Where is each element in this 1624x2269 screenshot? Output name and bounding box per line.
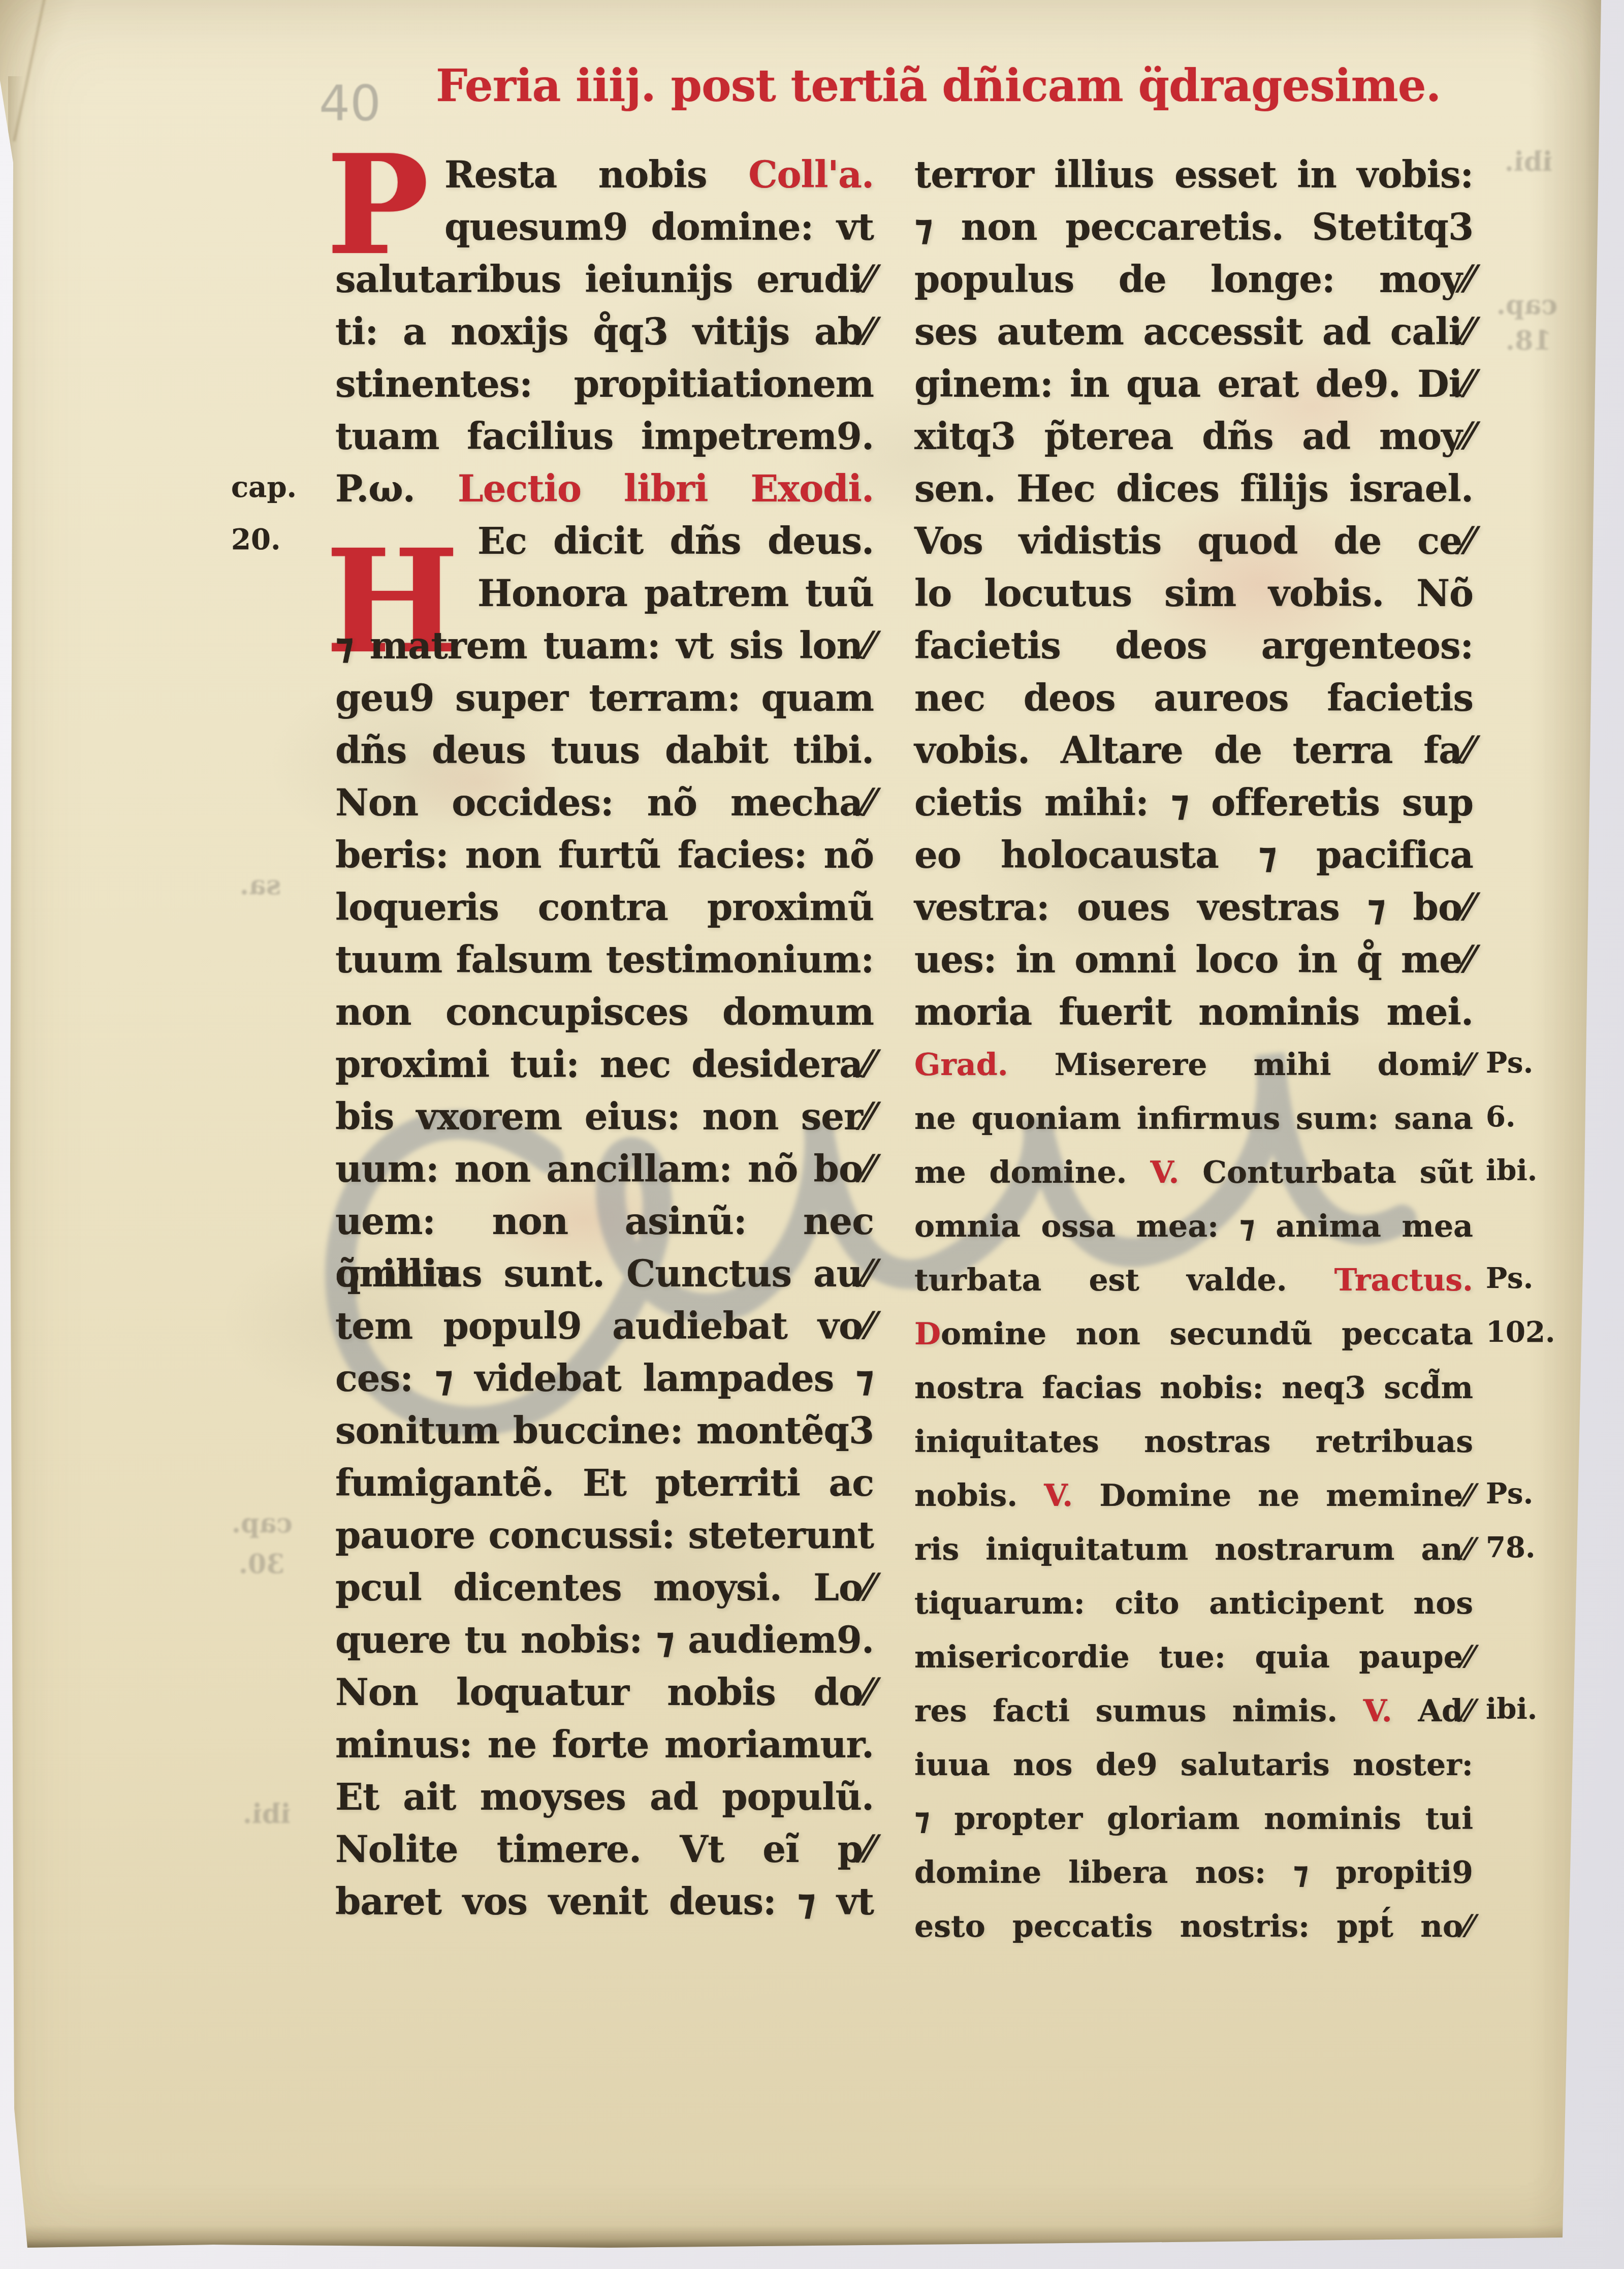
text-line: ginem: in qua erat de9. Di⁄⁄ (914, 358, 1473, 410)
body-text: cietis mihi: ⁊ offeretis sup (914, 781, 1473, 824)
body-text: Resta nobis (444, 153, 748, 196)
text-line: facietis deos argenteos: (914, 619, 1473, 672)
text-line: Resta nobis Coll'a. (335, 148, 874, 201)
showthrough-mark: cap. (232, 1508, 293, 1539)
body-text: proximi tui: nec desidera⁄⁄ (335, 1043, 874, 1086)
text-line: omnia ossa mea: ⁊ anima mea (914, 1200, 1473, 1253)
margin-note: Ps. (1486, 1477, 1533, 1510)
body-text: tuum falsum testimonium: (335, 938, 874, 981)
text-line: iuua nos de9 salutaris noster: (914, 1738, 1473, 1792)
rubric-text: Lectio libri Exodi. (458, 467, 874, 510)
body-text: me domine. (914, 1155, 1150, 1190)
text-line: Non loquatur nobis do⁄⁄ (335, 1666, 874, 1718)
text-line: stinentes: propitiationem (335, 358, 874, 410)
body-text: Ec dicit dñs deus. (477, 519, 874, 562)
margin-note: 78. (1486, 1531, 1535, 1564)
text-line: misericordie tue: quia paupe⁄⁄ (914, 1630, 1473, 1684)
text-line: lo locutus sim vobis. Nõ (914, 567, 1473, 619)
body-text: res facti sumus nimis. (914, 1693, 1363, 1729)
text-line: ⁊ propter gloriam nominis tui (914, 1792, 1473, 1846)
body-text: geu9 super terram: quam (335, 676, 874, 719)
text-line: nobis. V. Domine ne memine⁄⁄ (914, 1469, 1473, 1523)
showthrough-mark: ibi. (243, 1799, 291, 1830)
text-line: nostra facias nobis: neq3 scd̃m (914, 1361, 1473, 1415)
body-text: uum: non ancillam: nõ bo⁄⁄ (335, 1147, 874, 1190)
text-line: ces: ⁊ videbat lampades ⁊ (335, 1352, 874, 1404)
text-line: uem: non asinũ: nec omnia (335, 1195, 874, 1247)
body-text: iuua nos de9 salutaris noster: (914, 1747, 1473, 1783)
text-line: tem popul9 audiebat vo⁄⁄ (335, 1300, 874, 1352)
body-text: q̃ illius sunt. Cunctus au⁄⁄ (335, 1252, 874, 1295)
text-line: terror illius esset in vobis: (914, 148, 1473, 201)
rubric-text: Tractus. (1334, 1263, 1473, 1298)
body-text: ces: ⁊ videbat lampades ⁊ (335, 1357, 874, 1400)
text-line: Vos vidistis quod de ce⁄⁄ (914, 515, 1473, 567)
body-text: pcul dicentes moysi. Lo⁄⁄ (335, 1566, 874, 1609)
body-text: Non loquatur nobis do⁄⁄ (335, 1671, 874, 1714)
paper-right-edge (1529, 0, 1605, 2269)
text-line: moria fuerit nominis mei. (914, 986, 1473, 1038)
margin-note: Ps. (1486, 1262, 1533, 1295)
body-text: moria fuerit nominis mei. (914, 990, 1473, 1033)
rubric-text: Grad. (914, 1047, 1008, 1083)
text-line: esto peccatis nostris: ppt́ no⁄⁄ (914, 1900, 1473, 1953)
body-text: beris: non furtũ facies: nõ (335, 833, 874, 876)
body-text: baret vos venit deus: ⁊ vt (335, 1880, 874, 1923)
body-text: tiquarum: cito anticipent nos (914, 1586, 1473, 1621)
body-text: stinentes: propitiationem (335, 362, 874, 405)
body-text: fumigantẽ. Et pterriti ac (335, 1461, 874, 1504)
body-text: vestra: oues vestras ⁊ bo⁄⁄ (914, 886, 1473, 929)
body-text: ris iniquitatum nostrarum an⁄⁄ (914, 1532, 1473, 1567)
text-line: minus: ne forte moriamur. (335, 1718, 874, 1771)
body-text: dñs deus tuus dabit tibi. (335, 729, 874, 772)
body-text: ti: a noxijs q̊q3 vitijs ab⁄⁄ (335, 310, 874, 353)
text-line: Honora patrem tuũ (335, 567, 874, 619)
body-text: ⁊ non peccaretis. Stetitq3 (914, 205, 1473, 248)
body-text: misericordie tue: quia paupe⁄⁄ (914, 1640, 1473, 1675)
body-text: sonitum buccine: montẽq3 (335, 1409, 874, 1452)
body-text: salutaribus ieiunijs erudi⁄⁄ (335, 258, 874, 301)
body-text: tuam facilius impetrem9. (335, 415, 874, 458)
text-line: iniquitates nostras retribuas (914, 1415, 1473, 1469)
body-text: P.ω. (335, 467, 458, 510)
text-line: populus de longe: moy⁄⁄ (914, 253, 1473, 305)
body-text: vobis. Altare de terra fa⁄⁄ (914, 729, 1473, 772)
body-text: domine libera nos: ⁊ propiti9 (914, 1855, 1473, 1890)
text-line: Nolite timere. Vt eĩ p⁄⁄ (335, 1823, 874, 1875)
margin-note: cap. (231, 470, 297, 504)
body-text: loqueris contra proximũ (335, 886, 874, 929)
body-text: minus: ne forte moriamur. (335, 1723, 874, 1766)
paper-bottom-edge (0, 2225, 1624, 2250)
rubric-text: V. (1044, 1478, 1073, 1514)
text-line: uum: non ancillam: nõ bo⁄⁄ (335, 1143, 874, 1195)
text-line: eo holocausta ⁊ pacifica (914, 829, 1473, 881)
text-line: loqueris contra proximũ (335, 881, 874, 933)
text-line: beris: non furtũ facies: nõ (335, 829, 874, 881)
text-line: salutaribus ieiunijs erudi⁄⁄ (335, 253, 874, 305)
body-text: tem popul9 audiebat vo⁄⁄ (335, 1304, 874, 1347)
text-line: quesum9 domine: vt (335, 201, 874, 253)
text-line: nec deos aureos facietis (914, 672, 1473, 724)
margin-note: Ps. (1486, 1046, 1533, 1080)
text-line: Domine non secundũ peccata (914, 1307, 1473, 1361)
showthrough-mark: sa. (240, 870, 281, 901)
text-line: vestra: oues vestras ⁊ bo⁄⁄ (914, 881, 1473, 933)
text-line: quere tu nobis: ⁊ audiem9. (335, 1614, 874, 1666)
margin-note: 6. (1486, 1100, 1515, 1133)
text-line: baret vos venit deus: ⁊ vt (335, 1875, 874, 1928)
body-text: eo holocausta ⁊ pacifica (914, 833, 1473, 876)
text-line: Non occides: nõ mecha⁄⁄ (335, 776, 874, 829)
text-line: ⁊ matrem tuam: vt sis lon⁄⁄ (335, 619, 874, 672)
body-text: ues: in omni loco in q̊ me⁄⁄ (914, 938, 1473, 981)
body-text: turbata est valde. (914, 1263, 1334, 1298)
showthrough-mark: 30. (239, 1549, 284, 1580)
body-text: ⁊ propter gloriam nominis tui (914, 1801, 1473, 1837)
text-column-left: Resta nobis Coll'a.quesum9 domine: vtsal… (335, 148, 874, 1928)
body-text: Conturbata sũt (1179, 1155, 1473, 1190)
text-line: fumigantẽ. Et pterriti ac (335, 1457, 874, 1509)
text-line: proximi tui: nec desidera⁄⁄ (335, 1038, 874, 1090)
text-line: res facti sumus nimis. V. Ad⁄⁄ (914, 1684, 1473, 1738)
text-line: dñs deus tuus dabit tibi. (335, 724, 874, 776)
text-line: ses autem accessit ad cali⁄⁄ (914, 305, 1473, 358)
text-line: tuum falsum testimonium: (335, 933, 874, 986)
text-line: q̃ illius sunt. Cunctus au⁄⁄ (335, 1247, 874, 1300)
body-text: populus de longe: moy⁄⁄ (914, 258, 1473, 301)
text-line: ues: in omni loco in q̊ me⁄⁄ (914, 933, 1473, 986)
body-text: Domine ne memine⁄⁄ (1073, 1478, 1473, 1514)
body-text: pauore concussi: steterunt (335, 1514, 874, 1557)
text-line: non concupisces domum (335, 986, 874, 1038)
text-line: domine libera nos: ⁊ propiti9 (914, 1846, 1473, 1900)
body-text: esto peccatis nostris: ppt́ no⁄⁄ (914, 1909, 1473, 1944)
text-line: Ec dicit dñs deus. (335, 515, 874, 567)
text-line: tiquarum: cito anticipent nos (914, 1577, 1473, 1630)
text-line: vobis. Altare de terra fa⁄⁄ (914, 724, 1473, 776)
body-text: ginem: in qua erat de9. Di⁄⁄ (914, 362, 1473, 405)
text-line: cietis mihi: ⁊ offeretis sup (914, 776, 1473, 829)
text-line: ⁊ non peccaretis. Stetitq3 (914, 201, 1473, 253)
text-line: Et ait moyses ad populũ. (335, 1771, 874, 1823)
text-line: ne quoniam infirmus sum: sana (914, 1092, 1473, 1146)
manuscript-leaf: 40 Feria iiij. post tertiã dñicam q̈drag… (0, 0, 1624, 2269)
text-line: Grad. Miserere mihi domi⁄⁄ (914, 1038, 1473, 1092)
body-text: nobis. (914, 1478, 1044, 1514)
body-text: nec deos aureos facietis (914, 676, 1473, 719)
body-text: non concupisces domum (335, 990, 874, 1033)
body-text: Ad⁄⁄ (1392, 1693, 1473, 1729)
text-line: geu9 super terram: quam (335, 672, 874, 724)
body-text: iniquitates nostras retribuas (914, 1424, 1473, 1460)
text-line: me domine. V. Conturbata sũt (914, 1146, 1473, 1200)
body-text: facietis deos argenteos: (914, 624, 1473, 667)
rubric-text: D (914, 1316, 941, 1352)
body-text: sen. Hec dices filijs israel. (914, 467, 1473, 510)
margin-note: 20. (231, 523, 280, 556)
body-text: nostra facias nobis: neq3 scd̃m (914, 1370, 1473, 1406)
body-text: Et ait moyses ad populũ. (335, 1775, 874, 1818)
body-text: xitq3 p̃terea dñs ad moy⁄⁄ (914, 415, 1473, 458)
body-text: ses autem accessit ad cali⁄⁄ (914, 310, 1473, 353)
text-line: bis vxorem eius: non ser⁄⁄ (335, 1090, 874, 1143)
body-text: Non occides: nõ mecha⁄⁄ (335, 781, 874, 824)
text-line: sen. Hec dices filijs israel. (914, 462, 1473, 515)
text-column-right: terror illius esset in vobis:⁊ non pecca… (914, 148, 1473, 1953)
text-line: pcul dicentes moysi. Lo⁄⁄ (335, 1561, 874, 1614)
rubric-text: V. (1363, 1693, 1392, 1729)
body-text: ⁊ matrem tuam: vt sis lon⁄⁄ (335, 624, 874, 667)
text-line: P.ω. Lectio libri Exodi. (335, 462, 874, 515)
body-text: ne quoniam infirmus sum: sana (914, 1101, 1473, 1137)
text-line: ris iniquitatum nostrarum an⁄⁄ (914, 1523, 1473, 1577)
body-text: Nolite timere. Vt eĩ p⁄⁄ (335, 1827, 874, 1871)
rubric-text: V. (1150, 1155, 1179, 1190)
page-heading: Feria iiij. post tertiã dñicam q̈dragesi… (436, 59, 1441, 112)
text-line: xitq3 p̃terea dñs ad moy⁄⁄ (914, 410, 1473, 462)
text-line: tuam facilius impetrem9. (335, 410, 874, 462)
body-text: terror illius esset in vobis: (914, 153, 1473, 196)
text-line: pauore concussi: steterunt (335, 1509, 874, 1561)
paper-left-edge (8, 76, 23, 2251)
text-line: ti: a noxijs q̊q3 vitijs ab⁄⁄ (335, 305, 874, 358)
body-text: bis vxorem eius: non ser⁄⁄ (335, 1095, 874, 1138)
body-text: lo locutus sim vobis. Nõ (914, 572, 1473, 615)
body-text: Honora patrem tuũ (477, 572, 874, 615)
body-text: omnia ossa mea: ⁊ anima mea (914, 1209, 1473, 1244)
rubric-text: Coll'a. (748, 153, 874, 196)
text-line: turbata est valde. Tractus. (914, 1253, 1473, 1307)
body-text: quere tu nobis: ⁊ audiem9. (335, 1618, 874, 1661)
text-line: sonitum buccine: montẽq3 (335, 1404, 874, 1457)
body-text: quesum9 domine: vt (444, 205, 874, 248)
body-text: Vos vidistis quod de ce⁄⁄ (914, 519, 1473, 562)
body-text: omine non secundũ peccata (941, 1316, 1473, 1352)
body-text: Miserere mihi domi⁄⁄ (1008, 1047, 1473, 1083)
